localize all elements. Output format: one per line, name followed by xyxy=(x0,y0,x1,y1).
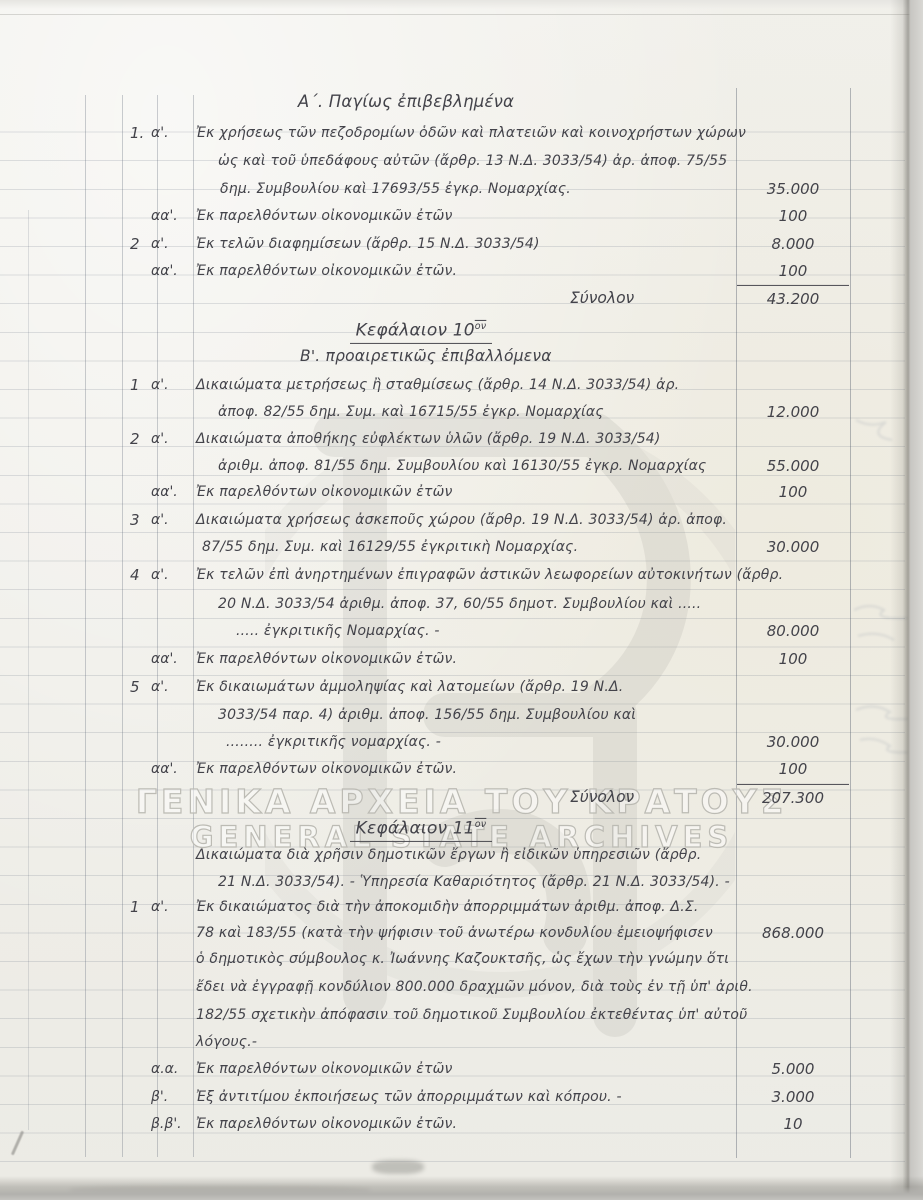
row-letter: αα'. xyxy=(151,203,197,229)
row-letter: α'. xyxy=(151,894,197,920)
smudge-mark xyxy=(372,1160,424,1174)
ledger-row: ὡς καὶ τοῦ ὑπεδάφους αὐτῶν (ἄρθρ. 13 Ν.Δ… xyxy=(0,148,923,174)
row-amount: 868.000 xyxy=(737,920,849,946)
row-amount: 10 xyxy=(737,1111,849,1137)
row-letter: α'. xyxy=(151,372,197,398)
row-letter: α'. xyxy=(151,674,197,700)
heading-underline: Κεφάλαιον 10ον xyxy=(350,316,493,344)
row-amount: 55.000 xyxy=(737,453,849,479)
row-text: ὡς καὶ τοῦ ὑπεδάφους αὐτῶν (ἄρθρ. 13 Ν.Δ… xyxy=(218,148,727,174)
row-letter: α.α. xyxy=(151,1056,197,1082)
row-text: Ἐκ τελῶν διαφημίσεων (ἄρθρ. 15 Ν.Δ. 3033… xyxy=(196,231,540,257)
ledger-row: 5α'.Ἐκ δικαιωμάτων ἀμμοληψίας καὶ λατομε… xyxy=(0,674,923,700)
row-text: Β'. προαιρετικῶς ἐπιβαλλόμενα xyxy=(300,343,552,369)
ledger-row: ........ ἐγκριτικῆς νομαρχίας. -30.000 xyxy=(0,729,923,755)
ledger-row: δημ. Συμβουλίου καὶ 17693/55 ἐγκρ. Νομαρ… xyxy=(0,176,923,202)
row-letter: αα'. xyxy=(151,646,197,672)
row-amount: 5.000 xyxy=(737,1056,849,1082)
section-heading: Κεφάλαιον 11ον xyxy=(0,814,923,840)
ledger-row: 2α'.Δικαιώματα ἀποθήκης εὐφλέκτων ὑλῶν (… xyxy=(0,426,923,452)
heading-ordinal: ον xyxy=(475,819,487,830)
row-text: Ἐκ δικαιώματος διὰ τὴν ἀποκομιδὴν ἀπορρι… xyxy=(196,894,699,920)
ledger-row: λόγους.- xyxy=(0,1029,923,1055)
row-text: 87/55 δημ. Συμ. καὶ 16129/55 ἐγκριτικὴ Ν… xyxy=(202,534,578,560)
row-text: Ἐκ τελῶν ἐπὶ ἀνηρτημένων ἐπιγραφῶν ἀστικ… xyxy=(196,562,783,588)
row-letter: αα'. xyxy=(151,756,197,782)
ledger-row: ..... ἐγκριτικῆς Νομαρχίας. -80.000 xyxy=(0,618,923,644)
row-text: Ἐκ παρελθόντων οἰκονομικῶν ἐτῶν. xyxy=(196,756,457,782)
total-label: Σύνολον xyxy=(570,784,720,810)
row-text: Κεφάλαιον 11ον xyxy=(186,814,656,842)
total-label: Σύνολον xyxy=(570,285,720,311)
row-text: Ἐξ ἀντιτίμου ἐκποιήσεως τῶν ἀπορριμμάτων… xyxy=(196,1084,622,1110)
ledger-row: 182/55 σχετικὴν ἀπόφασιν τοῦ δημοτικοῦ Σ… xyxy=(0,1002,923,1028)
row-text: ἀριθμ. ἀποφ. 81/55 δημ. Συμβουλίου καὶ 1… xyxy=(218,453,706,479)
row-text: Ἐκ χρήσεως τῶν πεζοδρομίων ὁδῶν καὶ πλατ… xyxy=(196,120,746,146)
ledger-row: αα'.Ἐκ παρελθόντων οἰκονομικῶν ἐτῶν.100 xyxy=(0,756,923,782)
row-letter: β.β'. xyxy=(151,1111,197,1137)
paper-top-edge-line xyxy=(0,14,923,15)
row-amount: 207.300 xyxy=(737,784,849,811)
ledger-row: ἔδει νὰ ἐγγραφῇ κονδύλιον 800.000 δραχμῶ… xyxy=(0,974,923,1000)
ledger-row: Δικαιώματα διὰ χρῆσιν δημοτικῶν ἔργων ἢ … xyxy=(0,842,923,868)
row-text: 3033/54 παρ. 4) ἀριθμ. ἀποφ. 156/55 δημ.… xyxy=(218,702,636,728)
ledger-row: 1α'.Δικαιώματα μετρήσεως ἢ σταθμίσεως (ἄ… xyxy=(0,372,923,398)
row-letter: α'. xyxy=(151,120,197,146)
row-amount: 43.200 xyxy=(737,285,849,312)
row-text: ὁ δημοτικὸς σύμβουλος κ. Ἰωάννης Καζουκτ… xyxy=(196,946,729,972)
ledger-row: 78 καὶ 183/55 (κατὰ τὴν ψήφισιν τοῦ ἀνωτ… xyxy=(0,920,923,946)
ledger-row: ὁ δημοτικὸς σύμβουλος κ. Ἰωάννης Καζουκτ… xyxy=(0,946,923,972)
ledger-row: 4α'.Ἐκ τελῶν ἐπὶ ἀνηρτημένων ἐπιγραφῶν ἀ… xyxy=(0,562,923,588)
row-text: ἔδει νὰ ἐγγραφῇ κονδύλιον 800.000 δραχμῶ… xyxy=(196,974,753,1000)
row-text: Δικαιώματα χρήσεως ἀσκεποῦς χώρου (ἄρθρ.… xyxy=(196,507,727,533)
section-heading: Κεφάλαιον 10ον xyxy=(0,316,923,342)
row-text: δημ. Συμβουλίου καὶ 17693/55 ἐγκρ. Νομαρ… xyxy=(220,176,571,202)
ledger-row: 20 Ν.Δ. 3033/54 ἀριθμ. ἀποφ. 37, 60/55 δ… xyxy=(0,591,923,617)
row-letter: αα'. xyxy=(151,258,197,284)
row-amount: 35.000 xyxy=(737,176,849,202)
section-heading: Α΄. Παγίως ἐπιβεβλημένα xyxy=(0,89,923,115)
row-amount: 30.000 xyxy=(737,729,849,755)
total-row: Σύνολον207.300 xyxy=(0,784,923,810)
row-text: ........ ἐγκριτικῆς νομαρχίας. - xyxy=(226,729,441,755)
ledger-row: 87/55 δημ. Συμ. καὶ 16129/55 ἐγκριτικὴ Ν… xyxy=(0,534,923,560)
row-amount: 100 xyxy=(737,203,849,229)
row-amount: 30.000 xyxy=(737,534,849,560)
row-text: Ἐκ παρελθόντων οἰκονομικῶν ἐτῶν. xyxy=(196,258,457,284)
ledger-row: ἀριθμ. ἀποφ. 81/55 δημ. Συμβουλίου καὶ 1… xyxy=(0,453,923,479)
ledger-row: ἀποφ. 82/55 δημ. Συμ. καὶ 16715/55 ἐγκρ.… xyxy=(0,399,923,425)
row-text: 182/55 σχετικὴν ἀπόφασιν τοῦ δημοτικοῦ Σ… xyxy=(196,1002,747,1028)
row-text: 20 Ν.Δ. 3033/54 ἀριθμ. ἀποφ. 37, 60/55 δ… xyxy=(218,591,701,617)
scanned-ledger-page: ΓΕΝΙΚΑ ΑΡΧΕΙΑ ΤΟΥ ΚΡΑΤΟΥΣ GENERAL STATE … xyxy=(0,0,923,1200)
ledger-row: 3033/54 παρ. 4) ἀριθμ. ἀποφ. 156/55 δημ.… xyxy=(0,702,923,728)
row-text: Ἐκ παρελθόντων οἰκονομικῶν ἐτῶν. xyxy=(196,646,457,672)
ledger-row: 1α'.Ἐκ δικαιώματος διὰ τὴν ἀποκομιδὴν ἀπ… xyxy=(0,894,923,920)
scan-bottom-edge xyxy=(0,1176,923,1200)
ledger-row: αα'.Ἐκ παρελθόντων οἰκονομικῶν ἐτῶν.100 xyxy=(0,258,923,284)
row-text: Δικαιώματα διὰ χρῆσιν δημοτικῶν ἔργων ἢ … xyxy=(196,842,701,868)
row-amount: 100 xyxy=(737,646,849,672)
scan-right-edge xyxy=(890,0,923,1200)
row-text: Ἐκ παρελθόντων οἰκονομικῶν ἐτῶν xyxy=(196,203,453,229)
row-letter: β'. xyxy=(151,1084,197,1110)
row-amount: 100 xyxy=(737,756,849,782)
row-letter: αα'. xyxy=(151,479,197,505)
row-amount: 100 xyxy=(737,258,849,284)
ledger-row: 1.α'.Ἐκ χρήσεως τῶν πεζοδρομίων ὁδῶν καὶ… xyxy=(0,120,923,146)
row-text: 21 Ν.Δ. 3033/54). - Ὑπηρεσία Καθαριότητο… xyxy=(218,869,730,895)
ledger-row: αα'.Ἐκ παρελθόντων οἰκονομικῶν ἐτῶν100 xyxy=(0,203,923,229)
row-text: ἀποφ. 82/55 δημ. Συμ. καὶ 16715/55 ἐγκρ.… xyxy=(218,399,604,425)
row-text: Δικαιώματα ἀποθήκης εὐφλέκτων ὑλῶν (ἄρθρ… xyxy=(196,426,661,452)
row-letter: α'. xyxy=(151,507,197,533)
ledger-row: αα'.Ἐκ παρελθόντων οἰκονομικῶν ἐτῶν100 xyxy=(0,479,923,505)
row-text: Ἐκ παρελθόντων οἰκονομικῶν ἐτῶν xyxy=(196,1056,453,1082)
section-subheading: Β'. προαιρετικῶς ἐπιβαλλόμενα xyxy=(0,343,923,369)
row-amount: 8.000 xyxy=(737,231,849,257)
ledger-row: 3α'.Δικαιώματα χρήσεως ἀσκεποῦς χώρου (ἄ… xyxy=(0,507,923,533)
row-text: ..... ἐγκριτικῆς Νομαρχίας. - xyxy=(236,618,440,644)
row-text: 78 καὶ 183/55 (κατὰ τὴν ψήφισιν τοῦ ἀνωτ… xyxy=(196,920,713,946)
scan-top-edge xyxy=(0,0,923,9)
heading-ordinal: ον xyxy=(475,321,487,332)
row-text: Ἐκ παρελθόντων οἰκονομικῶν ἐτῶν xyxy=(196,479,453,505)
ledger-row: α.α.Ἐκ παρελθόντων οἰκονομικῶν ἐτῶν5.000 xyxy=(0,1056,923,1082)
ledger-row: αα'.Ἐκ παρελθόντων οἰκονομικῶν ἐτῶν.100 xyxy=(0,646,923,672)
row-amount: 80.000 xyxy=(737,618,849,644)
ledger-row: β.β'.Ἐκ παρελθόντων οἰκονομικῶν ἐτῶν.10 xyxy=(0,1111,923,1137)
heading-underline: Κεφάλαιον 11ον xyxy=(350,814,493,842)
row-letter: α'. xyxy=(151,562,197,588)
row-text: Δικαιώματα μετρήσεως ἢ σταθμίσεως (ἄρθρ.… xyxy=(196,372,679,398)
row-letter: α'. xyxy=(151,426,197,452)
total-row: Σύνολον43.200 xyxy=(0,285,923,311)
row-letter: α'. xyxy=(151,231,197,257)
row-text: Α΄. Παγίως ἐπιβεβλημένα xyxy=(186,89,626,115)
row-text: λόγους.- xyxy=(196,1029,257,1055)
ledger-row: 2α'.Ἐκ τελῶν διαφημίσεων (ἄρθρ. 15 Ν.Δ. … xyxy=(0,231,923,257)
row-amount: 100 xyxy=(737,479,849,505)
row-amount: 3.000 xyxy=(737,1084,849,1110)
row-text: Ἐκ παρελθόντων οἰκονομικῶν ἐτῶν. xyxy=(196,1111,457,1137)
ledger-row: 21 Ν.Δ. 3033/54). - Ὑπηρεσία Καθαριότητο… xyxy=(0,869,923,895)
row-text: Ἐκ δικαιωμάτων ἀμμοληψίας καὶ λατομείων … xyxy=(196,674,623,700)
ledger-row: β'.Ἐξ ἀντιτίμου ἐκποιήσεως τῶν ἀπορριμμά… xyxy=(0,1084,923,1110)
row-amount: 12.000 xyxy=(737,399,849,425)
row-text: Κεφάλαιον 10ον xyxy=(186,316,656,344)
